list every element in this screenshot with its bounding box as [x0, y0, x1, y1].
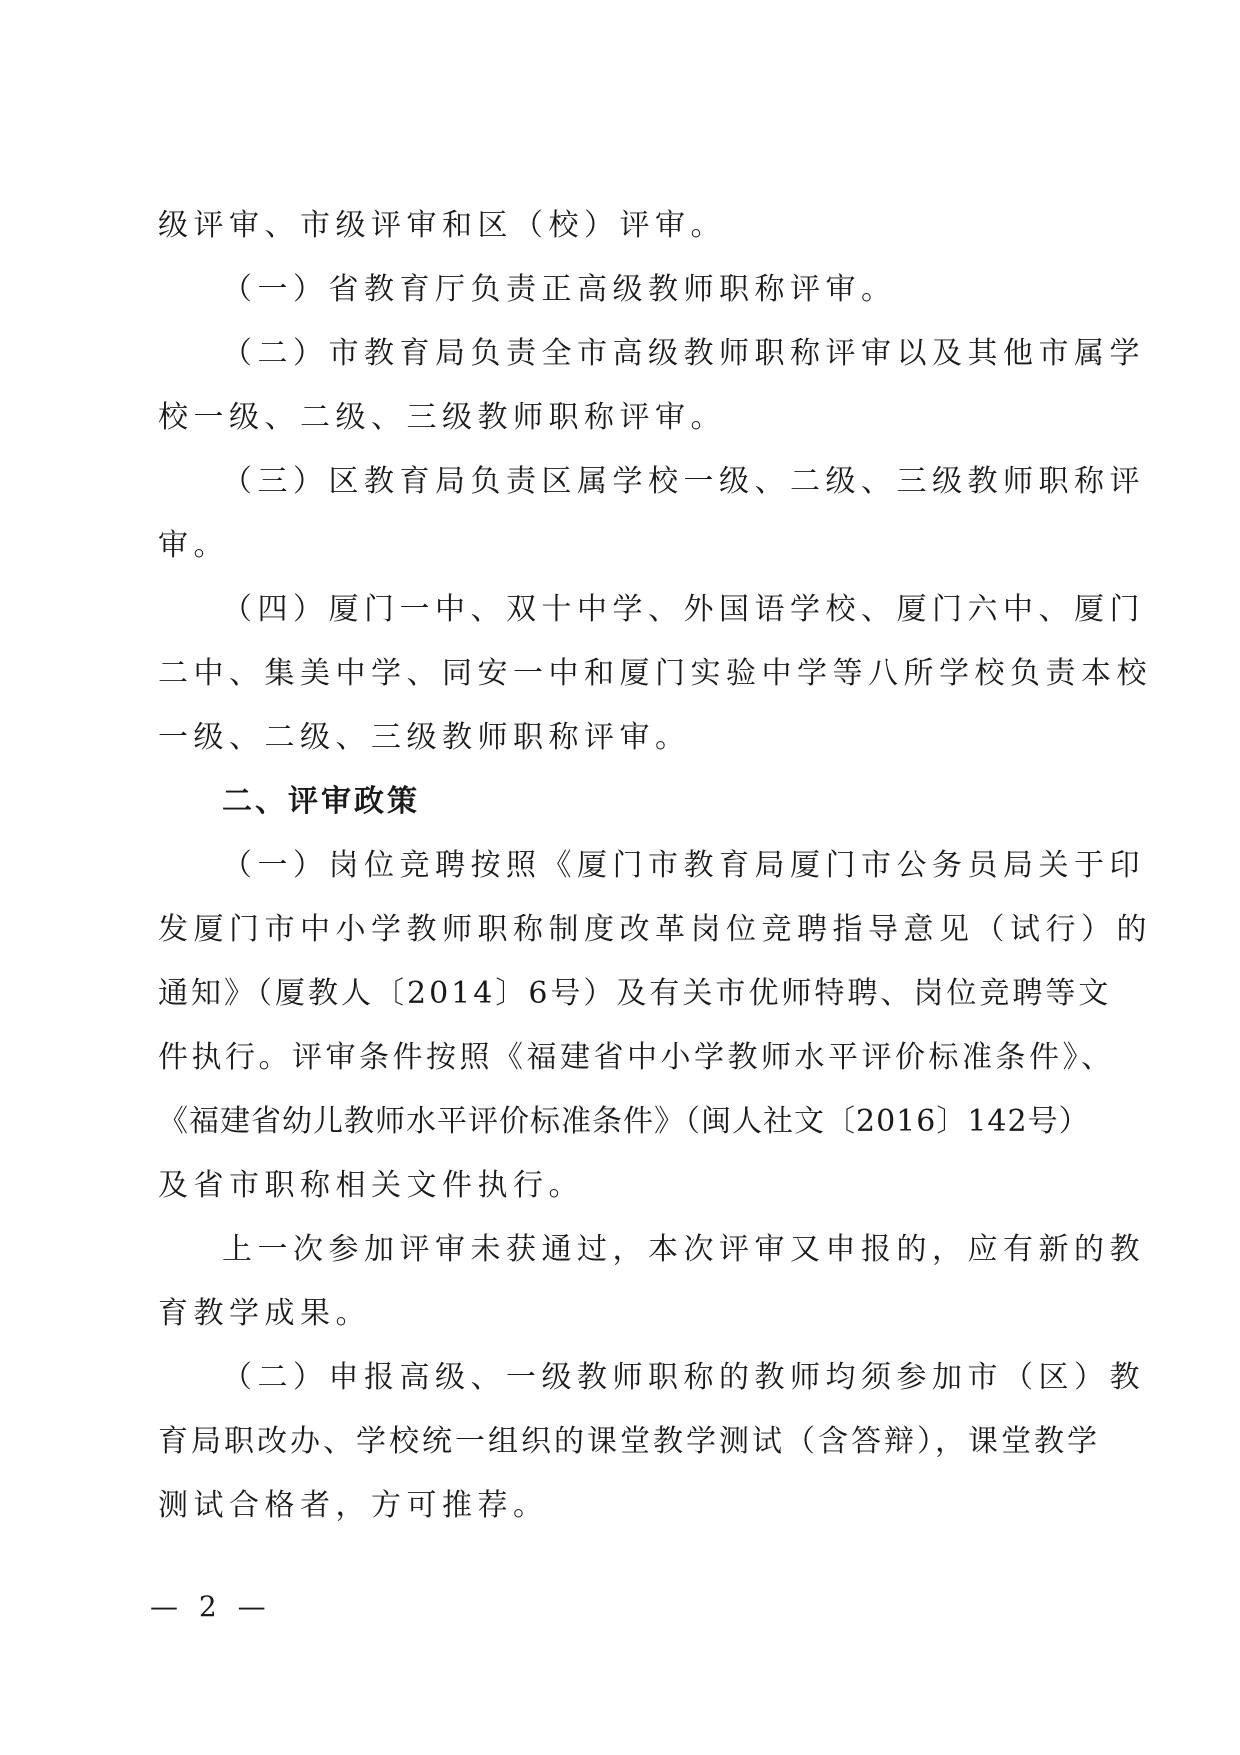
text-line: 件执行。评审条件按照《福建省中小学教师水平评价标准条件》、 [158, 1038, 1115, 1078]
text-line: 《福建省幼儿教师水平评价标准条件》（闽人社文〔2016〕142号） [158, 1102, 1090, 1142]
text-line: 育教学成果。 [158, 1294, 371, 1334]
text-line: 上一次参加评审未获通过，本次评审又申报的，应有新的教 [222, 1230, 1145, 1270]
text-line: （二）市教育局负责全市高级教师职称评审以及其他市属学 [222, 334, 1145, 374]
text-line: 发厦门市中小学教师职称制度改革岗位竞聘指导意见（试行）的 [158, 910, 1152, 950]
text-line: 及省市职称相关文件执行。 [158, 1166, 584, 1206]
text-line: 育局职改办、学校统一组织的课堂教学测试（含答辩），课堂教学 [158, 1422, 1100, 1462]
text-line: （四）厦门一中、双十中学、外国语学校、厦门六中、厦门 [222, 590, 1145, 630]
text-line: 审。 [158, 526, 229, 566]
text-line: 二中、集美中学、同安一中和厦门实验中学等八所学校负责本校 [158, 654, 1152, 694]
text-line: （二）申报高级、一级教师职称的教师均须参加市（区）教 [222, 1358, 1145, 1398]
text-line: （一）省教育厅负责正高级教师职称评审。 [222, 270, 897, 310]
text-line: 级评审、市级评审和区（校）评审。 [158, 206, 726, 246]
text-line: 一级、二级、三级教师职称评审。 [158, 718, 691, 758]
section-heading: 二、评审政策 [222, 782, 420, 822]
text-line: 测试合格者，方可推荐。 [158, 1486, 549, 1526]
text-line: （三）区教育局负责区属学校一级、二级、三级教师职称评 [222, 462, 1145, 502]
page-number: — 2 — [150, 1590, 272, 1623]
text-line: 校一级、二级、三级教师职称评审。 [158, 398, 726, 438]
text-line: 通知》（厦教人〔2014〕6号）及有关市优师特聘、岗位竞聘等文 [158, 974, 1111, 1014]
document-page: 级评审、市级评审和区（校）评审。 （一）省教育厅负责正高级教师职称评审。 （二）… [0, 0, 1240, 1755]
text-line: （一）岗位竞聘按照《厦门市教育局厦门市公务员局关于印 [222, 846, 1145, 886]
